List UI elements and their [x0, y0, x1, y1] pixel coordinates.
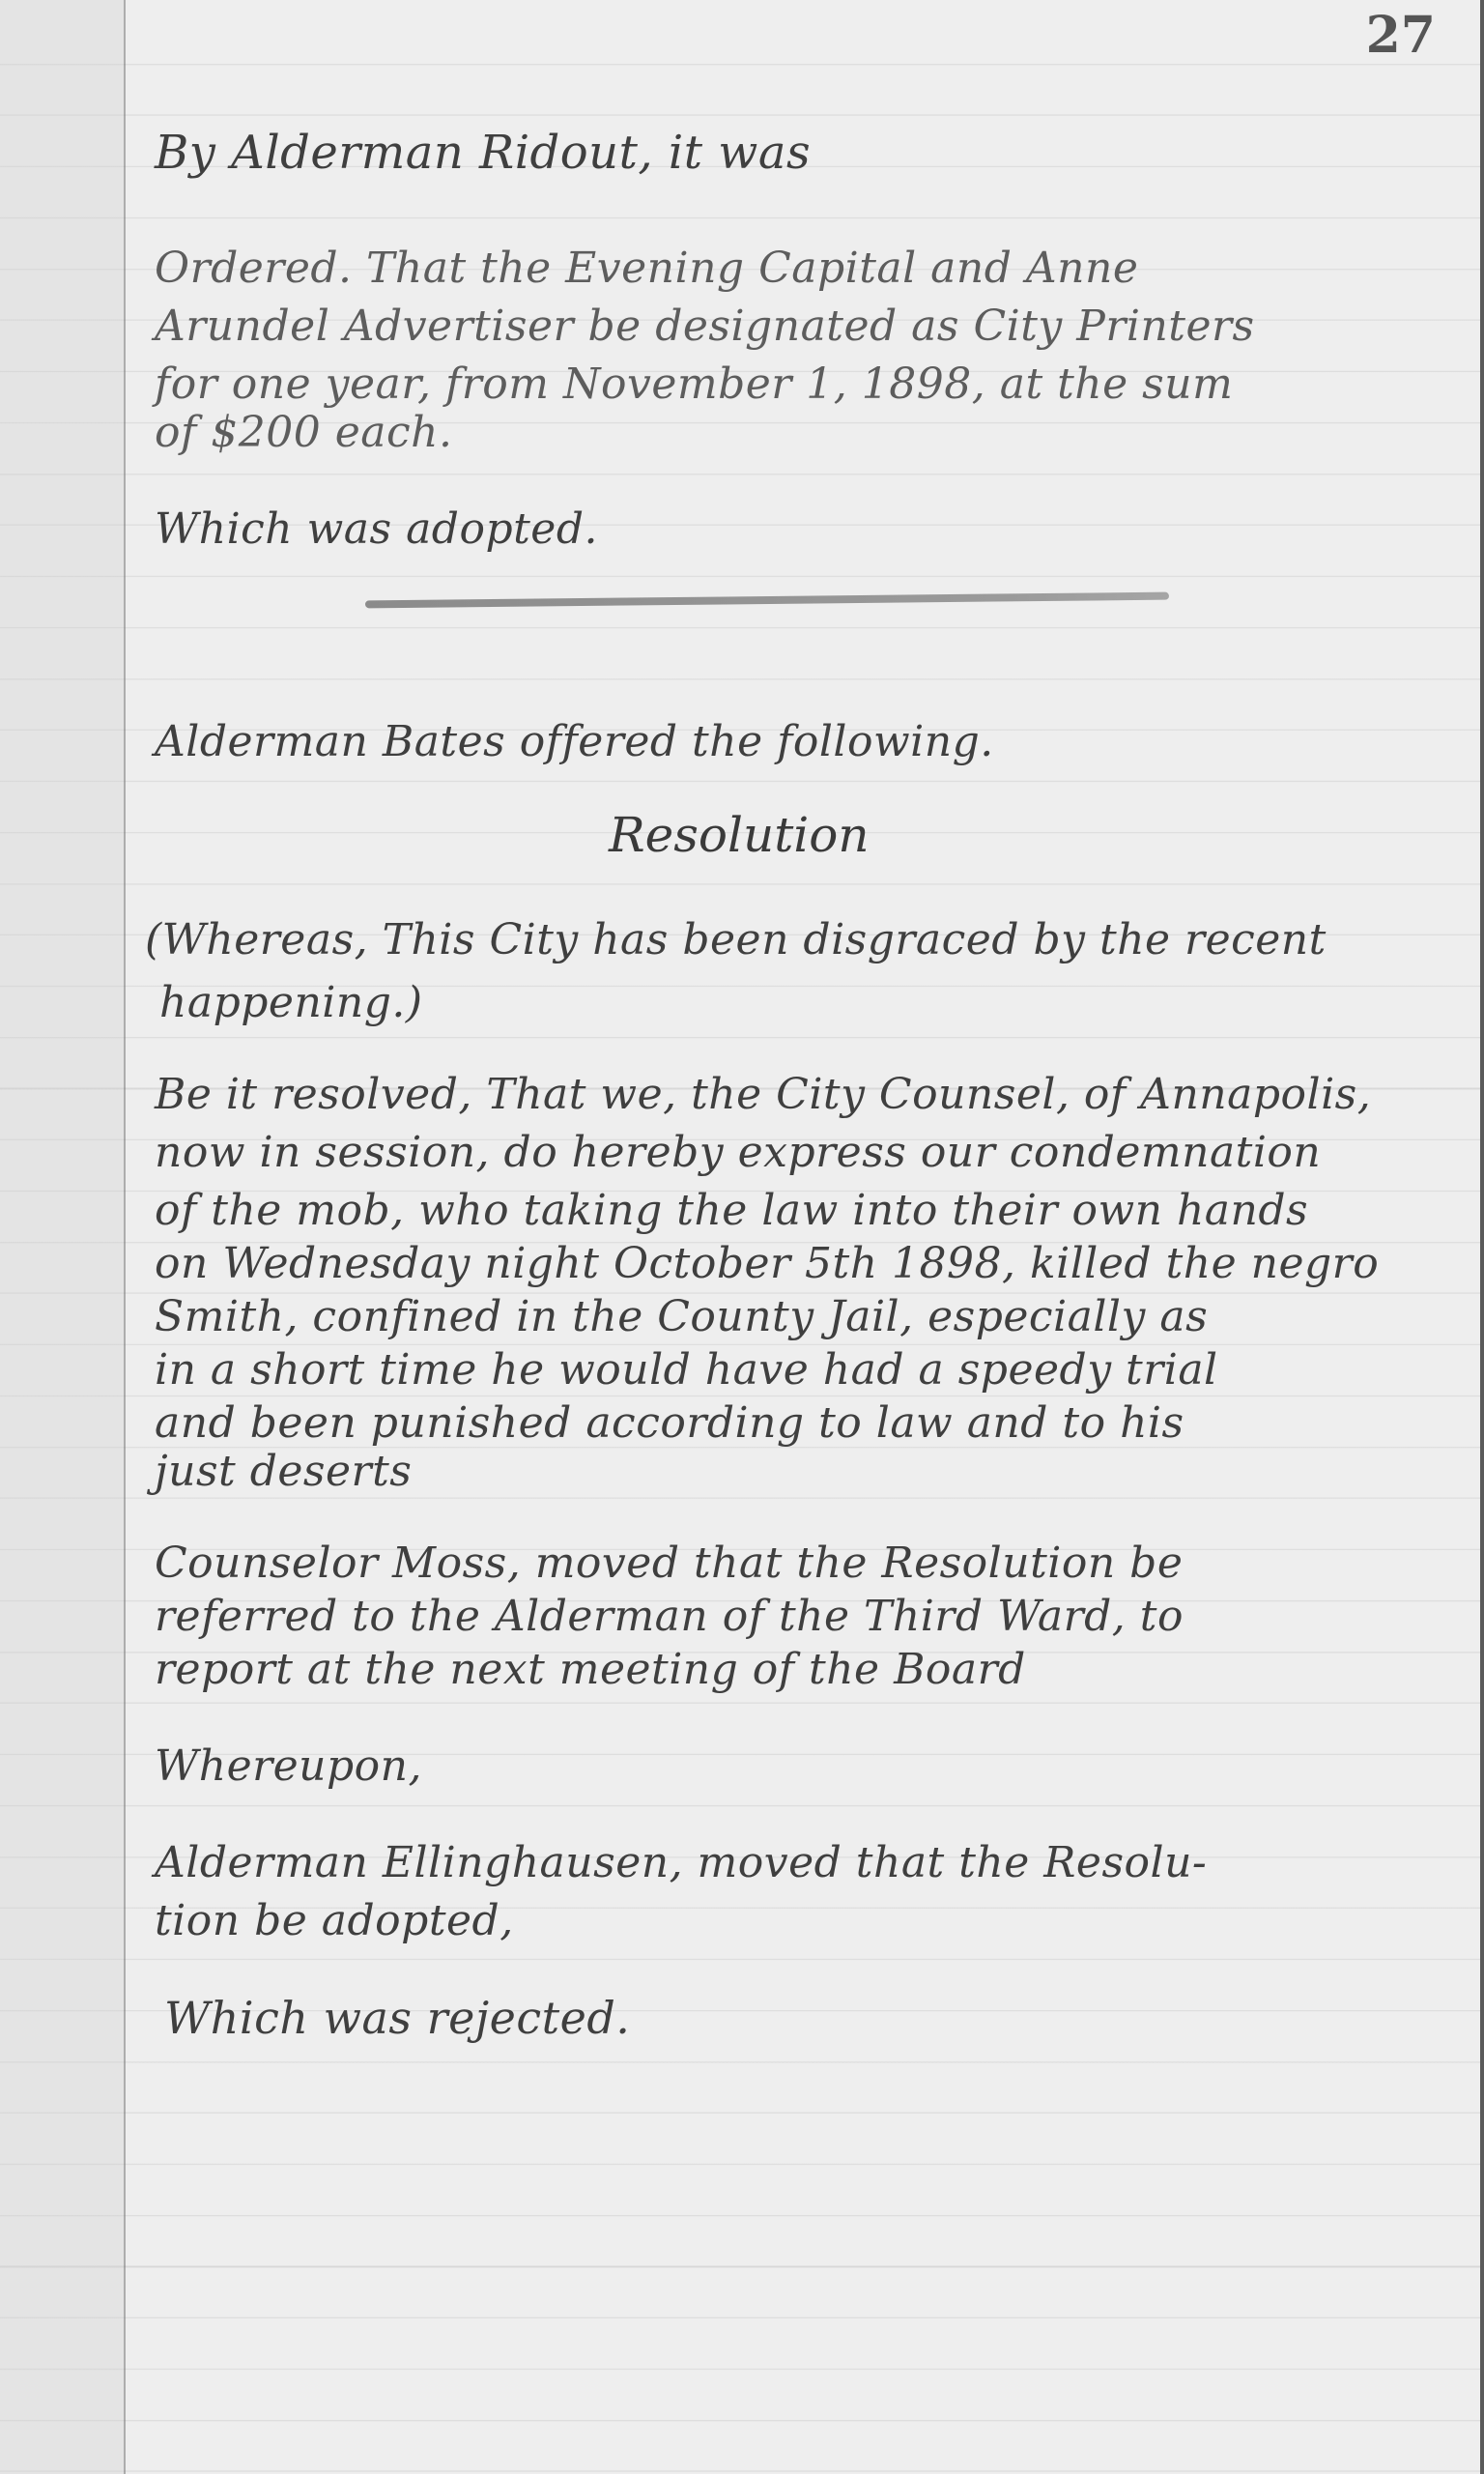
resolved-line: just deserts — [155, 1445, 412, 1499]
resolved-line: in a short time he would have had a spee… — [155, 1343, 1218, 1397]
resolved-line: of the mob, who taking the law into thei… — [155, 1184, 1308, 1238]
resolution-heading: Resolution — [609, 807, 870, 863]
resolved-line: on Wednesday night October 5th 1898, kil… — [155, 1237, 1379, 1291]
outcome-rejected: Which was rejected. — [164, 1991, 630, 2045]
resolved-line: Smith, confined in the County Jail, espe… — [155, 1290, 1208, 1344]
resolved-line: and been punished according to law and t… — [155, 1396, 1184, 1451]
order-line: Arundel Advertiser be designated as City… — [155, 300, 1255, 354]
motion-line: Counselor Moss, moved that the Resolutio… — [155, 1537, 1183, 1591]
motion-line: Alderman Ellinghausen, moved that the Re… — [155, 1836, 1207, 1890]
whereupon: Whereupon, — [155, 1740, 422, 1794]
left-margin-strip — [0, 0, 124, 2474]
motion-line: referred to the Alderman of the Third Wa… — [155, 1590, 1184, 1644]
resolved-line: Be it resolved, That we, the City Counse… — [155, 1068, 1371, 1122]
whereas-line: happening.) — [159, 976, 423, 1030]
outcome-adopted: Which was adopted. — [155, 503, 598, 557]
page-number: 27 — [1366, 6, 1436, 65]
ledger-page: 27 By Alderman Ridout, it was Ordered. T… — [0, 0, 1484, 2474]
motion-line: tion be adopted, — [155, 1894, 514, 1948]
whereas-line: (Whereas, This City has been disgraced b… — [145, 913, 1327, 967]
margin-rule — [124, 0, 126, 2474]
entry-intro: Alderman Bates offered the following. — [155, 715, 994, 769]
order-line: for one year, from November 1, 1898, at … — [155, 358, 1233, 412]
motion-line: report at the next meeting of the Board — [155, 1643, 1026, 1697]
section-divider — [365, 592, 1169, 609]
page-edge — [1480, 0, 1484, 2474]
resolved-line: now in session, do hereby express our co… — [155, 1126, 1321, 1180]
order-line: Ordered. That the Evening Capital and An… — [155, 242, 1138, 296]
order-line: of $200 each. — [155, 406, 452, 460]
entry-intro: By Alderman Ridout, it was — [155, 126, 811, 180]
